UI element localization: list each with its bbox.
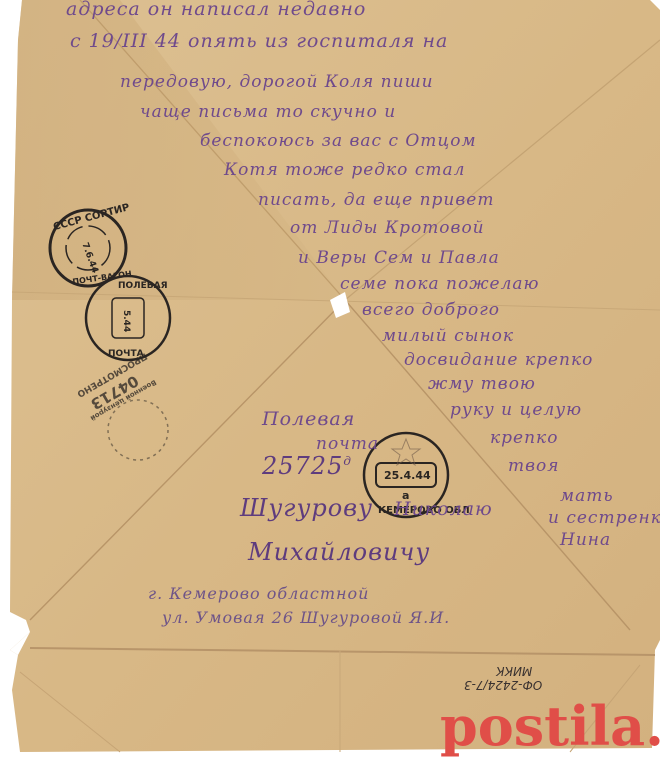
letter-line: Котя тоже редко стал [224, 160, 465, 180]
field-post-suffix: д [343, 454, 352, 468]
letter-line: семе пока пожелаю [340, 274, 540, 294]
field-post-number: 25725д [262, 452, 352, 480]
sender-address-line: ул. Умовая 26 Шугуровой Я.И. [162, 608, 450, 627]
sender-address-line: г. Кемерово областной [148, 584, 369, 603]
field-post-number-digits: 25725 [262, 452, 343, 480]
letter-line: от Лиды Кротовой [290, 218, 485, 238]
archive-mark: ОФ-2424/7-3 МИКК [464, 664, 542, 692]
letter-line: писать, да еще привет [258, 190, 494, 210]
svg-text:5.44: 5.44 [121, 310, 131, 332]
svg-text:25.4.44: 25.4.44 [384, 469, 431, 482]
letter-line: передовую, дорогой Коля пиши [120, 72, 434, 92]
letter-line: досвидание крепко [404, 350, 593, 370]
letter-line: адреса он написал недавно [66, 0, 366, 20]
recipient-patronymic: Михайловичу [248, 538, 430, 566]
postal-label: Полевая [262, 408, 355, 430]
letter-line: чаще письма то скучно и [140, 102, 396, 122]
letter-line: крепко [490, 428, 558, 448]
svg-text:ПОЛЕВАЯ: ПОЛЕВАЯ [118, 281, 168, 291]
letter-line: беспокоюсь за вас с Отцом [200, 131, 477, 151]
letter-line: руку и целую [450, 400, 582, 420]
archive-mark-line: МИКК [464, 664, 532, 678]
recipient-surname: Шугурову [240, 494, 373, 522]
letter-line: всего доброго [362, 300, 500, 320]
letter-line: и сестренка [548, 508, 660, 528]
letter-line: милый сынок [382, 326, 514, 346]
letter-line: мать [560, 486, 614, 506]
letter-line: жму твою [428, 374, 536, 394]
letter-line: с 19/III 44 опять из госпиталя на [70, 30, 448, 52]
archive-mark-line: ОФ-2424/7-3 [464, 678, 542, 692]
letter-line: твоя [508, 456, 560, 476]
watermark-logo: postila.ru [440, 694, 660, 758]
postal-label: почта [316, 434, 379, 454]
recipient-first-name: Николаю [394, 498, 493, 520]
letter-line: и Веры Сем и Павла [298, 248, 500, 268]
letter-photo: 7.6.44 СССР СОРТИР ПОЧТ-ВАГОН 5.44 ПОЛЕВ… [0, 0, 660, 762]
letter-line: Нина [560, 530, 611, 550]
